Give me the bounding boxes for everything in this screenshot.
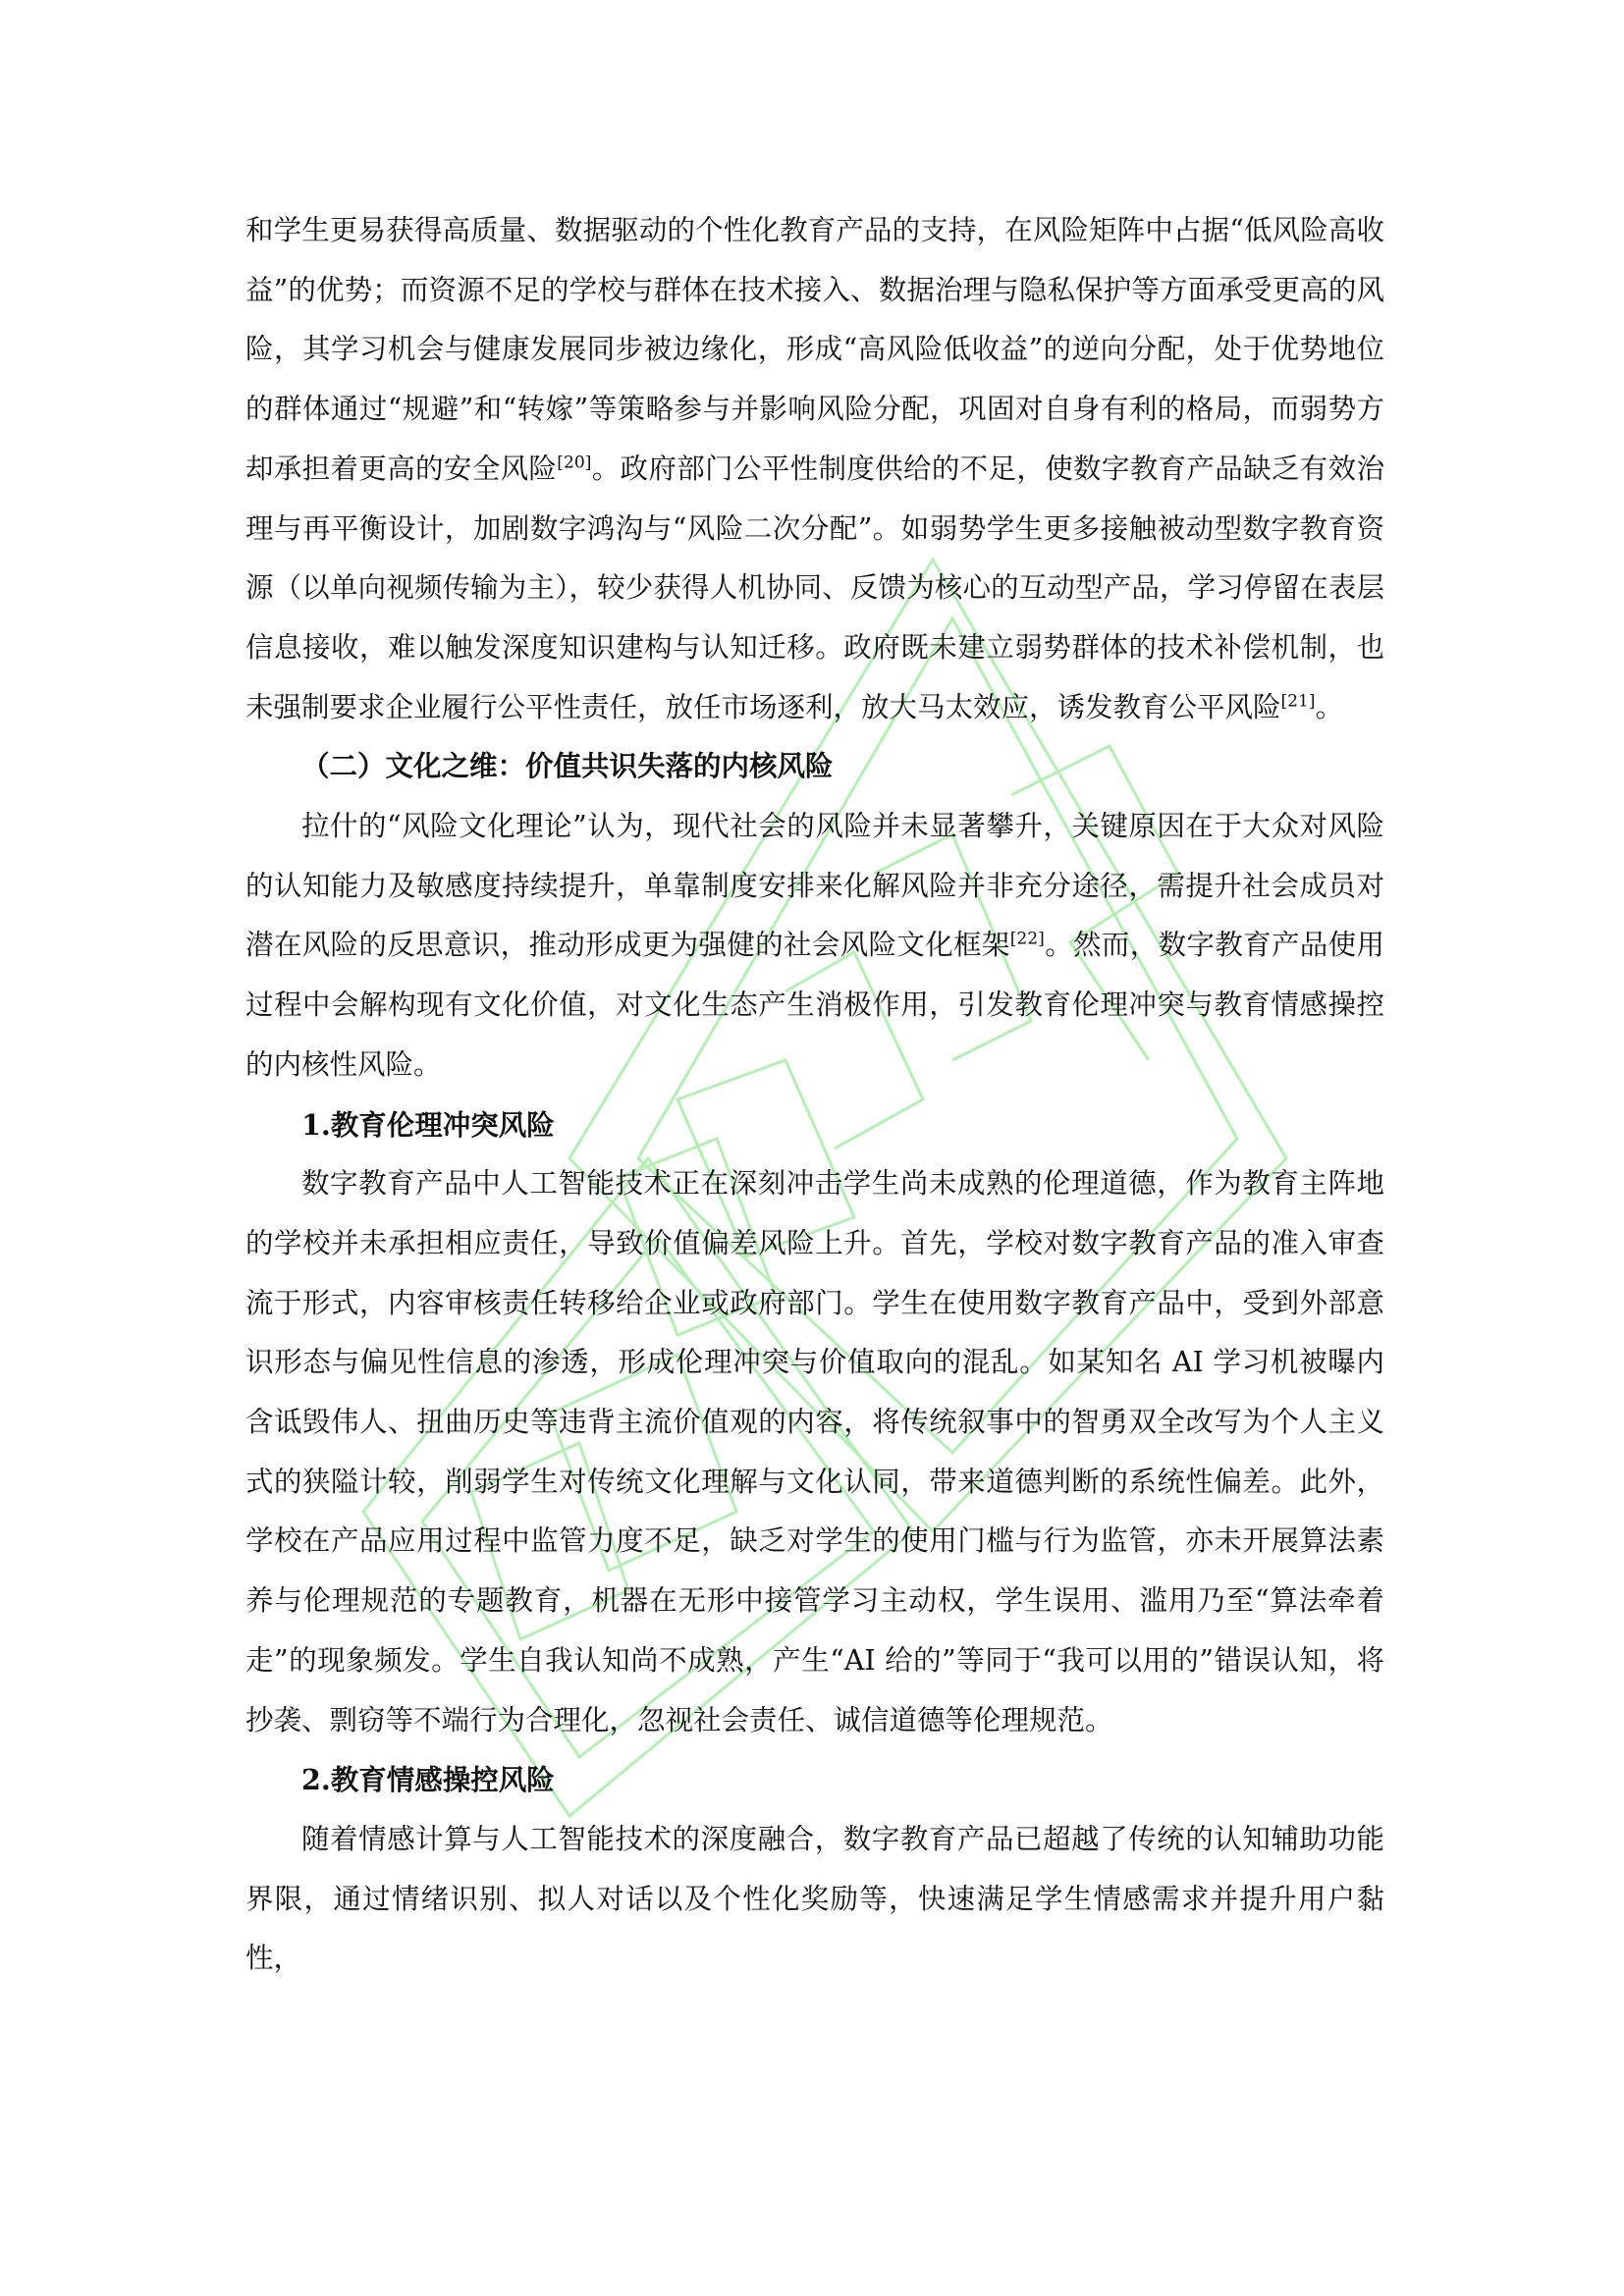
paragraph-2: 拉什的“风险文化理论”认为，现代社会的风险并未显著攀升，关键原因在于大众对风险的… xyxy=(245,797,1384,1095)
section-heading-culture: （二）文化之维：价值共识失落的内核风险 xyxy=(245,737,1384,797)
subheading-emotion-risk: 2.教育情感操控风险 xyxy=(245,1750,1384,1810)
citation-21: [21] xyxy=(1281,691,1316,711)
subheading-ethics-risk: 1.教育伦理冲突风险 xyxy=(245,1095,1384,1155)
citation-20: [20] xyxy=(557,453,591,472)
document-body: 和学生更易获得高质量、数据驱动的个性化教育产品的支持，在风险矩阵中占据“低风险高… xyxy=(245,201,1384,1989)
paragraph-1: 和学生更易获得高质量、数据驱动的个性化教育产品的支持，在风险矩阵中占据“低风险高… xyxy=(245,201,1384,737)
paragraph-4: 随着情感计算与人工智能技术的深度融合，数字教育产品已超越了传统的认知辅助功能界限… xyxy=(245,1810,1384,1989)
paragraph-3: 数字教育产品中人工智能技术正在深刻冲击学生尚未成熟的伦理道德，作为教育主阵地的学… xyxy=(245,1154,1384,1750)
citation-22: [22] xyxy=(1010,930,1045,949)
